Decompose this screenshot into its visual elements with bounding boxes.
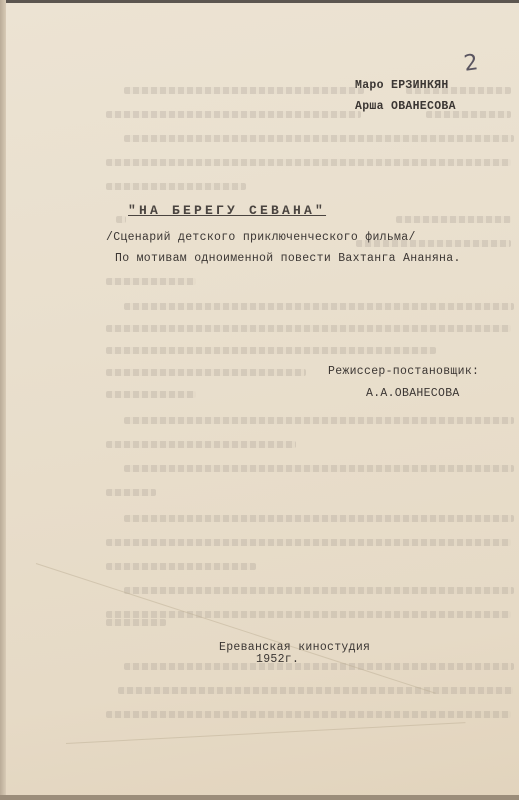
author-1: Маро ЕРЗИНКЯН	[355, 75, 456, 96]
authors: Маро ЕРЗИНКЯН Арша ОВАНЕСОВА	[355, 75, 456, 117]
screenplay-title: "НА БЕРЕГУ СЕВАНА"	[128, 203, 326, 218]
typewritten-page: 2 Маро ЕРЗИНКЯН Арша ОВАНЕСОВА "НА БЕРЕГ…	[6, 3, 519, 795]
author-2: Арша ОВАНЕСОВА	[355, 96, 456, 117]
subtitle-genre: /Сценарий детского приключенческого филь…	[106, 231, 416, 244]
director-name: А.А.ОВАНЕСОВА	[366, 387, 460, 400]
year: 1952г.	[256, 653, 299, 666]
scan-bottom-edge	[0, 795, 519, 800]
subtitle-source: По мотивам одноименной повести Вахтанга …	[115, 252, 461, 265]
director-label: Режиссер-постановщик:	[328, 365, 479, 378]
